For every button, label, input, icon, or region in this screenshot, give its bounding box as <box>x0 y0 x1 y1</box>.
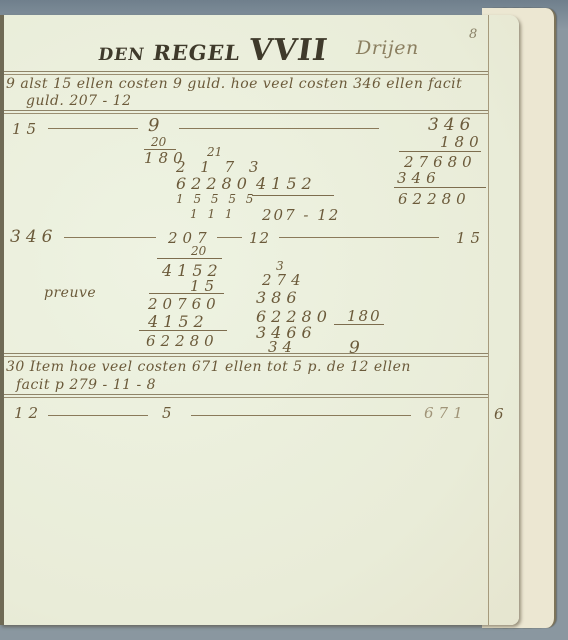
division-line <box>252 195 334 196</box>
total: 62280 <box>398 190 471 208</box>
scratch: 21 <box>207 145 222 159</box>
setup-middle: 5 <box>162 404 177 422</box>
setup-dash <box>279 237 439 238</box>
scratch: 1 1 1 <box>190 207 236 221</box>
setup-dash <box>191 415 411 416</box>
setup-left: 12 <box>14 404 43 422</box>
quotient: 9 <box>349 338 365 358</box>
multiplier: 180 <box>440 133 484 151</box>
rule <box>4 113 488 114</box>
scratch: 386 <box>256 288 302 307</box>
setup-dash <box>48 415 148 416</box>
total: 62280 <box>146 332 219 350</box>
rule <box>4 394 488 395</box>
scratch: 1 5 5 5 5 <box>176 192 256 206</box>
page-edge <box>522 8 556 628</box>
partial: 20760 <box>148 295 221 313</box>
division-line <box>334 324 384 325</box>
underline <box>157 258 222 259</box>
setup-dash <box>217 237 242 238</box>
heading-word: REGEL <box>152 40 243 65</box>
rule <box>4 356 488 357</box>
problem-1-question-line-2: guld. 207 - 12 <box>26 93 132 109</box>
result: 207 - 12 <box>262 206 340 224</box>
underline <box>139 330 227 331</box>
proof-label: preuve <box>44 285 96 301</box>
problem-3-question-line-2: facit p 279 - 11 - 8 <box>16 377 156 393</box>
manuscript-page: DEN REGEL VVII Drijen 8 9 alst 15 ellen … <box>0 15 519 625</box>
divisor: 180 <box>347 307 382 325</box>
underline <box>394 187 486 188</box>
problem-3-question-line-1: 30 Item hoe veel costen 671 ellen tot 5 … <box>6 359 411 375</box>
scratch: 274 <box>262 271 306 289</box>
underline <box>399 151 481 152</box>
heading-numeral: VVII <box>247 33 331 68</box>
setup-middle: 9 <box>148 115 164 136</box>
margin-rule <box>488 15 489 625</box>
rule <box>4 353 488 354</box>
partial: 4152 <box>148 312 209 331</box>
rule <box>4 110 488 111</box>
setup-middle-2: 12 <box>249 229 270 247</box>
setup-left: 15 <box>12 120 41 138</box>
partial-product: 346 <box>397 169 441 187</box>
rule <box>4 397 488 398</box>
quotient: 4152 <box>256 174 317 193</box>
right-margin-mark: 6 <box>494 405 504 423</box>
heading-annotation: Drijen <box>356 37 419 59</box>
heading-prefix: DEN <box>97 45 146 65</box>
page-heading: DEN REGEL VVII <box>97 33 331 68</box>
multiplier: 20 <box>191 244 206 258</box>
setup-left: 346 <box>10 227 57 247</box>
dividend: 62280 <box>176 174 252 193</box>
multiplier: 20 <box>151 135 166 149</box>
setup-right: 346 <box>428 115 475 135</box>
setup-right: 15 <box>456 229 485 247</box>
setup-dash <box>48 128 138 129</box>
setup-dash <box>179 128 379 129</box>
rule <box>4 71 488 72</box>
setup-dash <box>64 237 156 238</box>
setup-right: 671 <box>424 404 468 422</box>
problem-1-question-line-1: 9 alst 15 ellen costen 9 guld. hoe veel … <box>6 76 462 92</box>
underline <box>149 293 224 294</box>
rule <box>4 74 488 75</box>
top-right-mark: 8 <box>469 27 477 42</box>
